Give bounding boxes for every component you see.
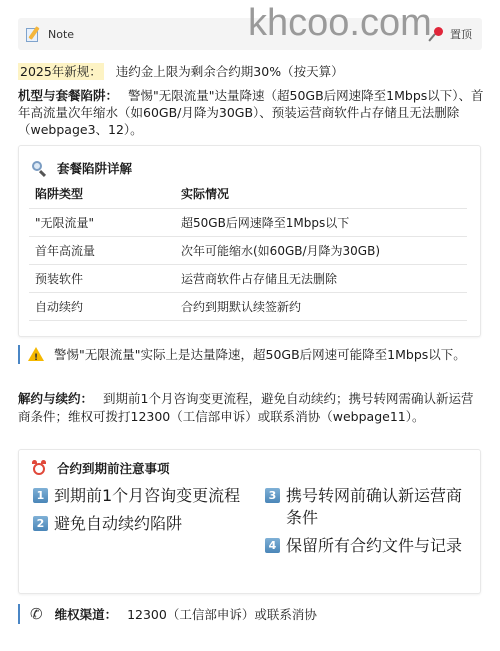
- list-item: 3 携号转网前确认新运营商条件: [265, 485, 475, 529]
- traps-detail-card: 套餐陷阱详解 陷阱类型 实际情况 "无限流量" 超50GB后网速降至1Mbps以…: [18, 145, 481, 337]
- traps-card-title: 套餐陷阱详解: [19, 146, 480, 180]
- note-label: Note: [48, 28, 74, 41]
- rights-channel-callout: ✆ 维权渠道： 12300（工信部申诉）或联系消协: [18, 604, 484, 624]
- list-item-text: 保留所有合约文件与记录: [286, 535, 462, 557]
- warning-icon: [28, 347, 44, 361]
- list-item-text: 避免自动续约陷阱: [54, 513, 182, 535]
- trap-actual-cell: 运营商软件占存储且无法删除: [181, 264, 467, 292]
- expiry-column-left: 1 到期前1个月咨询变更流程 2 避免自动续约陷阱: [33, 485, 265, 563]
- warning-text: 警惕"无限流量"实际上是达量降速，超50GB后网速可能降至1Mbps以下。: [54, 347, 466, 362]
- table-header-row: 陷阱类型 实际情况: [29, 180, 467, 208]
- trap-actual-cell: 合约到期默认续签新约: [181, 292, 467, 320]
- rule-2025-label: 2025年新规：: [18, 63, 104, 80]
- list-item: 2 避免自动续约陷阱: [33, 513, 265, 535]
- telephone-icon: ✆: [30, 607, 43, 622]
- note-header-bar: Note 置顶: [18, 18, 482, 50]
- pushpin-icon: [428, 26, 444, 42]
- number-badge-icon: 2: [33, 516, 48, 531]
- expiry-card-title: 合约到期前注意事项: [19, 450, 480, 477]
- magnifier-icon: [31, 160, 47, 176]
- note-tag: Note: [26, 26, 74, 42]
- table-row: 预装软件 运营商软件占存储且无法删除: [29, 264, 467, 292]
- table-row: 自动续约 合约到期默认续签新约: [29, 292, 467, 320]
- number-badge-icon: 3: [265, 488, 280, 503]
- table-row: 首年高流量 次年可能缩水(如60GB/月降为30GB): [29, 236, 467, 264]
- column-header-actual: 实际情况: [181, 180, 467, 208]
- trap-actual-cell: 次年可能缩水(如60GB/月降为30GB): [181, 236, 467, 264]
- column-header-trap-type: 陷阱类型: [29, 180, 181, 208]
- termination-label: 解约与续约：: [18, 391, 93, 406]
- list-item: 1 到期前1个月咨询变更流程: [33, 485, 265, 507]
- number-badge-icon: 4: [265, 538, 280, 553]
- traps-intro-paragraph: 机型与套餐陷阱： 警惕"无限流量"达量降速（超50GB后网速降至1Mbps以下）…: [18, 87, 484, 138]
- trap-type-cell: 自动续约: [29, 292, 181, 320]
- rights-text: 12300（工信部申诉）或联系消协: [127, 607, 317, 622]
- traps-card-title-text: 套餐陷阱详解: [57, 159, 132, 177]
- traps-intro-label: 机型与套餐陷阱：: [18, 88, 118, 103]
- list-item-text: 到期前1个月咨询变更流程: [54, 485, 240, 507]
- expiry-notes-card: 合约到期前注意事项 1 到期前1个月咨询变更流程 2 避免自动续约陷阱 3 携号…: [18, 449, 481, 594]
- expiry-column-right: 3 携号转网前确认新运营商条件 4 保留所有合约文件与记录: [265, 485, 475, 563]
- trap-actual-cell: 超50GB后网速降至1Mbps以下: [181, 208, 467, 236]
- rule-2025-text: 违约金上限为剩余合约期30%（按天算）: [116, 64, 344, 79]
- table-row: "无限流量" 超50GB后网速降至1Mbps以下: [29, 208, 467, 236]
- list-item-text: 携号转网前确认新运营商条件: [286, 485, 475, 529]
- rule-2025-paragraph: 2025年新规： 违约金上限为剩余合约期30%（按天算）: [18, 63, 484, 80]
- warning-callout: 警惕"无限流量"实际上是达量降速，超50GB后网速可能降至1Mbps以下。: [18, 345, 484, 364]
- trap-type-cell: "无限流量": [29, 208, 181, 236]
- pin-to-top-button[interactable]: 置顶: [428, 26, 472, 42]
- expiry-items-grid: 1 到期前1个月咨询变更流程 2 避免自动续约陷阱 3 携号转网前确认新运营商条…: [33, 485, 480, 563]
- trap-type-cell: 首年高流量: [29, 236, 181, 264]
- pin-label: 置顶: [450, 26, 472, 42]
- alarm-clock-icon: [31, 460, 47, 476]
- list-item: 4 保留所有合约文件与记录: [265, 535, 475, 557]
- trap-type-cell: 预装软件: [29, 264, 181, 292]
- number-badge-icon: 1: [33, 488, 48, 503]
- termination-paragraph: 解约与续约： 到期前1个月咨询变更流程，避免自动续约；携号转网需确认新运营商条件…: [18, 390, 484, 426]
- rights-label: 维权渠道：: [55, 607, 118, 622]
- expiry-card-title-text: 合约到期前注意事项: [57, 459, 170, 477]
- traps-table: 陷阱类型 实际情况 "无限流量" 超50GB后网速降至1Mbps以下 首年高流量…: [29, 180, 467, 321]
- note-pencil-icon: [26, 26, 42, 42]
